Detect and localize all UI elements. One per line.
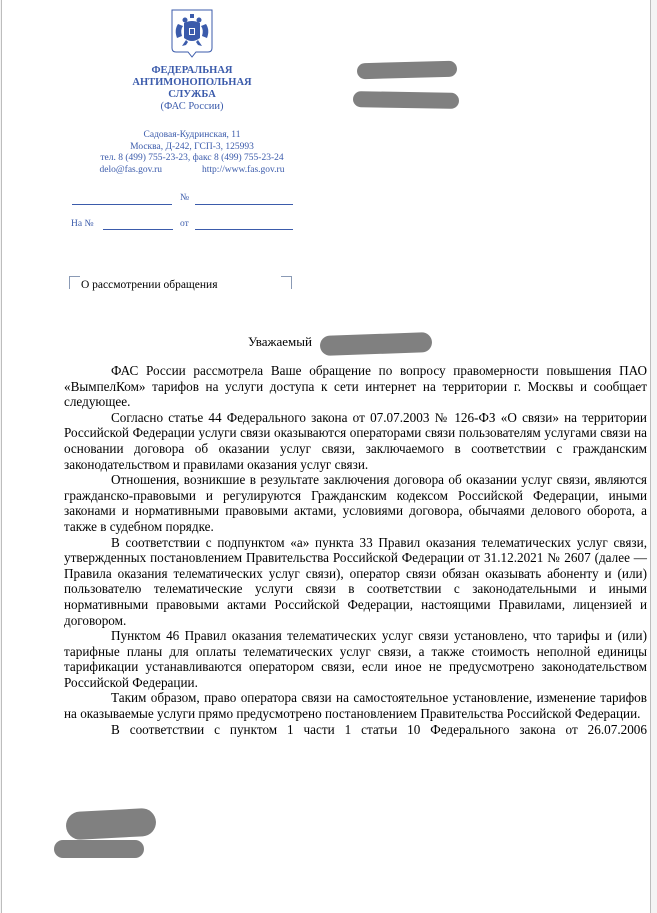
paragraph: В соответствии с пунктом 1 части 1 стать… <box>64 722 647 738</box>
address-line: Москва, Д-242, ГСП-3, 125993 <box>62 142 322 154</box>
phone-fax: тел. 8 (499) 755-23-23, факс 8 (499) 755… <box>62 153 322 165</box>
greeting: Уважаемый <box>248 334 312 350</box>
ref-from-label: от <box>180 219 189 229</box>
redacted-addressee <box>353 91 459 109</box>
number-label: № <box>180 193 189 203</box>
outgoing-date-line <box>72 204 172 205</box>
paragraph: Отношения, возникшие в результате заключ… <box>64 472 647 534</box>
org-name-line: СЛУЖБА <box>62 89 322 101</box>
address-line: Садовая-Кудринская, 11 <box>62 130 322 142</box>
letter-subject: О рассмотрении обращения <box>81 279 218 291</box>
website-link[interactable]: http://www.fas.gov.ru <box>202 165 284 177</box>
redacted-signature <box>65 808 156 841</box>
org-name-line: АНТИМОНОПОЛЬНАЯ <box>62 77 322 89</box>
contacts: delo@fas.gov.ru http://www.fas.gov.ru <box>62 165 322 177</box>
org-address: Садовая-Кудринская, 11 Москва, Д-242, ГС… <box>62 130 322 165</box>
subject-corner-right <box>281 276 292 289</box>
ref-number-label: На № <box>71 219 94 229</box>
outgoing-number-line <box>195 204 293 205</box>
document-page: ФЕДЕРАЛЬНАЯ АНТИМОНОПОЛЬНАЯ СЛУЖБА (ФАС … <box>1 0 651 913</box>
redacted-signature <box>54 840 144 858</box>
redacted-recipient-name <box>320 332 433 356</box>
paragraph: Таким образом, право оператора связи на … <box>64 690 647 721</box>
org-short-name: (ФАС России) <box>62 101 322 113</box>
paragraph: Пунктом 46 Правил оказания телематически… <box>64 628 647 690</box>
ref-number-line <box>103 229 173 230</box>
org-name: ФЕДЕРАЛЬНАЯ АНТИМОНОПОЛЬНАЯ СЛУЖБА <box>62 65 322 101</box>
ref-date-line <box>195 229 293 230</box>
email-link[interactable]: delo@fas.gov.ru <box>100 165 162 177</box>
redacted-addressee <box>357 61 457 80</box>
letterhead: ФЕДЕРАЛЬНАЯ АНТИМОНОПОЛЬНАЯ СЛУЖБА (ФАС … <box>62 8 322 176</box>
letter-body: ФАС России рассмотрела Ваше обращение по… <box>64 363 647 737</box>
paragraph: В соответствии с подпунктом «а» пункта 3… <box>64 535 647 629</box>
paragraph: Согласно статье 44 Федерального закона о… <box>64 410 647 472</box>
org-name-line: ФЕДЕРАЛЬНАЯ <box>62 65 322 77</box>
subject-corner-left <box>69 276 80 289</box>
paragraph: ФАС России рассмотрела Ваше обращение по… <box>64 363 647 410</box>
coat-of-arms-icon <box>170 8 214 60</box>
